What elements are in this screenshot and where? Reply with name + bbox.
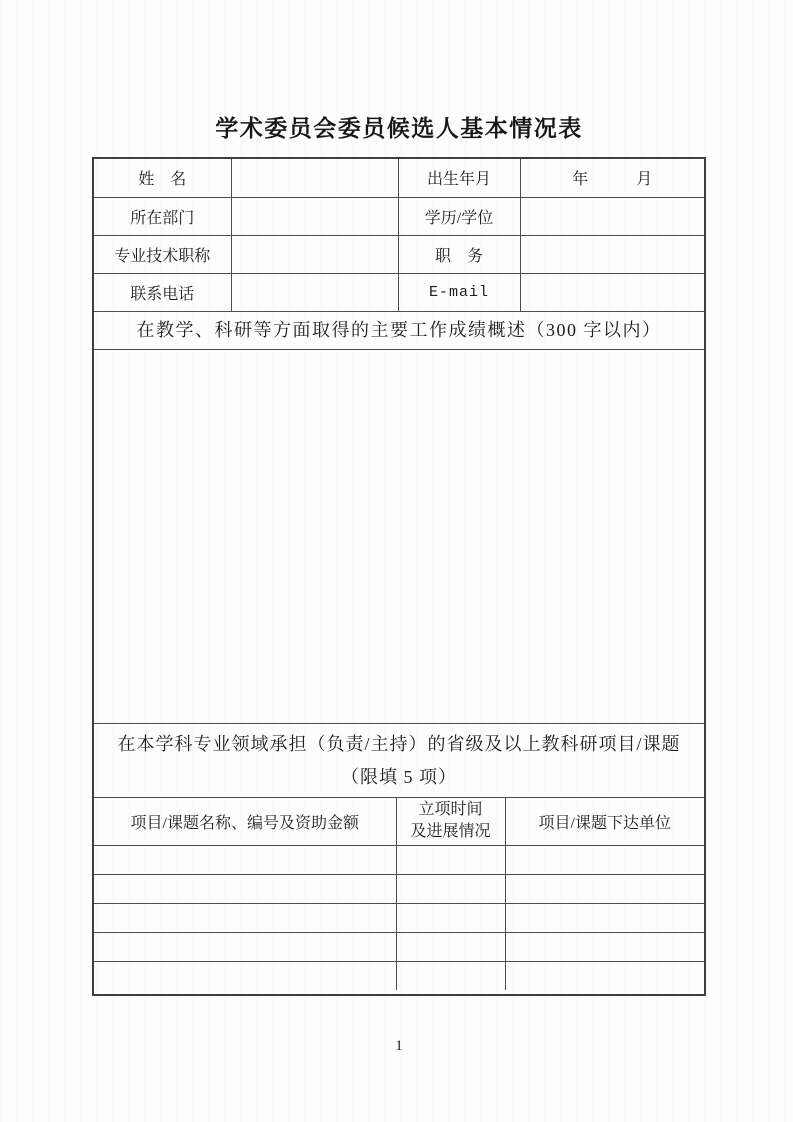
professional-title-label: 专业技术职称 bbox=[94, 235, 231, 273]
department-label: 所在部门 bbox=[94, 197, 231, 235]
column-header-project-name: 项目/课题名称、编号及资助金额 bbox=[94, 798, 396, 845]
projects-section-header-line2: （限填 5 项） bbox=[341, 761, 457, 794]
project-empty-row bbox=[94, 903, 704, 932]
project-empty-row bbox=[94, 874, 704, 903]
phone-label: 联系电话 bbox=[94, 273, 231, 311]
position-value-cell bbox=[520, 235, 704, 273]
project-empty-cell bbox=[396, 932, 505, 961]
name-value-cell bbox=[231, 159, 398, 197]
name-label: 姓 名 bbox=[94, 159, 231, 197]
page-title: 学术委员会委员候选人基本情况表 bbox=[92, 110, 706, 143]
project-empty-cell bbox=[505, 961, 704, 990]
project-empty-row bbox=[94, 932, 704, 961]
projects-section-header-line1: 在本学科专业领域承担（负责/主持）的省级及以上教科研项目/课题 bbox=[118, 728, 681, 761]
page-number: 1 bbox=[92, 1038, 706, 1055]
project-empty-cell bbox=[505, 874, 704, 903]
achievements-section-header: 在教学、科研等方面取得的主要工作成绩概述（300 字以内） bbox=[94, 311, 704, 350]
table-row-department-degree: 所在部门 学历/学位 bbox=[94, 197, 704, 235]
candidate-info-form: 姓 名 出生年月 年 月 所在部门 学历/学位 专业技术职称 职 务 bbox=[92, 157, 706, 996]
project-empty-cell bbox=[505, 845, 704, 874]
table-row-name-birth: 姓 名 出生年月 年 月 bbox=[94, 159, 704, 197]
scanned-document-page: 学术委员会委员候选人基本情况表 姓 名 出生年月 年 月 所在部门 学历/学位 bbox=[0, 0, 793, 1122]
projects-table: 项目/课题名称、编号及资助金额 立项时间 及进展情况 项目/课题下达单位 bbox=[94, 798, 704, 990]
achievements-content-area bbox=[94, 350, 704, 723]
degree-label: 学历/学位 bbox=[398, 197, 520, 235]
basic-info-table: 姓 名 出生年月 年 月 所在部门 学历/学位 专业技术职称 职 务 bbox=[94, 159, 704, 311]
professional-title-value-cell bbox=[231, 235, 398, 273]
column-header-approval-time-line2: 及进展情况 bbox=[397, 821, 505, 843]
project-empty-cell bbox=[94, 961, 396, 990]
column-header-approval-time: 立项时间 及进展情况 bbox=[396, 798, 505, 845]
table-row-phone-email: 联系电话 E-mail bbox=[94, 273, 704, 311]
project-empty-cell bbox=[396, 874, 505, 903]
email-label: E-mail bbox=[398, 273, 520, 311]
project-empty-cell bbox=[396, 845, 505, 874]
project-empty-cell bbox=[94, 932, 396, 961]
projects-section-header: 在本学科专业领域承担（负责/主持）的省级及以上教科研项目/课题 （限填 5 项） bbox=[94, 723, 704, 798]
project-empty-cell bbox=[94, 845, 396, 874]
table-row-title-position: 专业技术职称 职 务 bbox=[94, 235, 704, 273]
projects-table-header-row: 项目/课题名称、编号及资助金额 立项时间 及进展情况 项目/课题下达单位 bbox=[94, 798, 704, 845]
birth-date-label: 出生年月 bbox=[398, 159, 520, 197]
column-header-approval-time-line1: 立项时间 bbox=[397, 799, 505, 821]
department-value-cell bbox=[231, 197, 398, 235]
birth-date-value-cell: 年 月 bbox=[520, 159, 704, 197]
degree-value-cell bbox=[520, 197, 704, 235]
email-value-cell bbox=[520, 273, 704, 311]
project-empty-cell bbox=[94, 903, 396, 932]
project-empty-cell bbox=[505, 903, 704, 932]
column-header-issuing-unit: 项目/课题下达单位 bbox=[505, 798, 704, 845]
project-empty-row bbox=[94, 961, 704, 990]
project-empty-cell bbox=[505, 932, 704, 961]
project-empty-cell bbox=[94, 874, 396, 903]
project-empty-cell bbox=[396, 961, 505, 990]
phone-value-cell bbox=[231, 273, 398, 311]
position-label: 职 务 bbox=[398, 235, 520, 273]
project-empty-cell bbox=[396, 903, 505, 932]
projects-table-body bbox=[94, 845, 704, 990]
project-empty-row bbox=[94, 845, 704, 874]
